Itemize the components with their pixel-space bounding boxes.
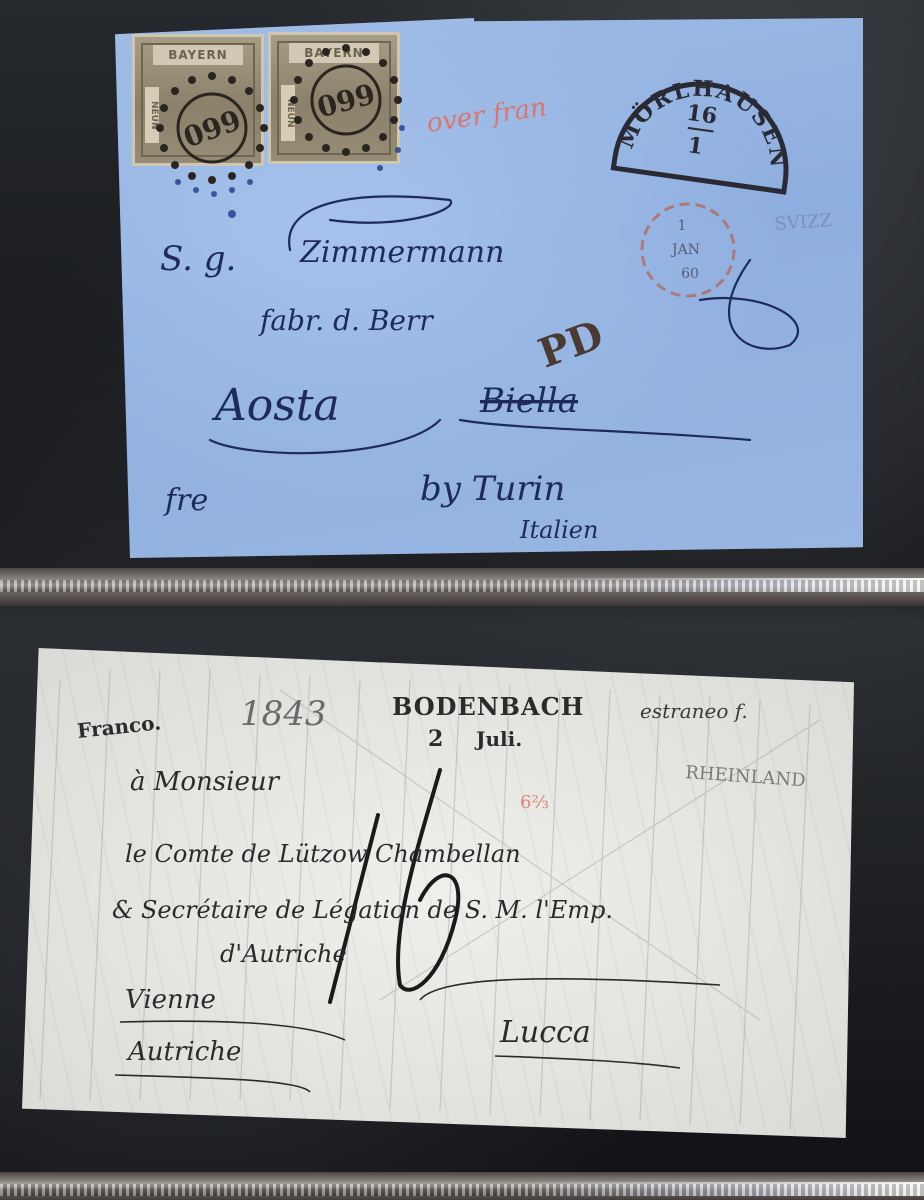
bodenbach-postmark-day: 2 (428, 726, 443, 752)
address-origin: Lucca (499, 1015, 591, 1050)
address-country: Autriche (126, 1037, 241, 1067)
bodenbach-postmark-month: Juli. (474, 727, 522, 751)
faint-rheinland-mark: RHEINLAND (685, 762, 807, 791)
bottom-cover-markings: Franco. 1843 BODENBACH 2 Juli. estraneo … (0, 0, 924, 1200)
address-line-4: d'Autriche (220, 940, 347, 968)
manuscript-top-right: estraneo f. (640, 699, 748, 723)
year-note: 1843 (240, 694, 327, 734)
svg-text:16: 16 (340, 929, 342, 931)
address-line-1: à Monsieur (130, 767, 281, 797)
address-city: Vienne (125, 985, 216, 1015)
red-rate-mark: 6⅔ (520, 792, 549, 813)
bodenbach-postmark-town: BODENBACH (392, 692, 584, 721)
address-line-2: le Comte de Lützow Chambellan (125, 840, 521, 868)
franco-mark: Franco. (76, 710, 162, 743)
rate-16-manuscript-icon (330, 770, 458, 1002)
address-line-3: & Secrétaire de Légation de S. M. l'Emp. (112, 896, 613, 924)
